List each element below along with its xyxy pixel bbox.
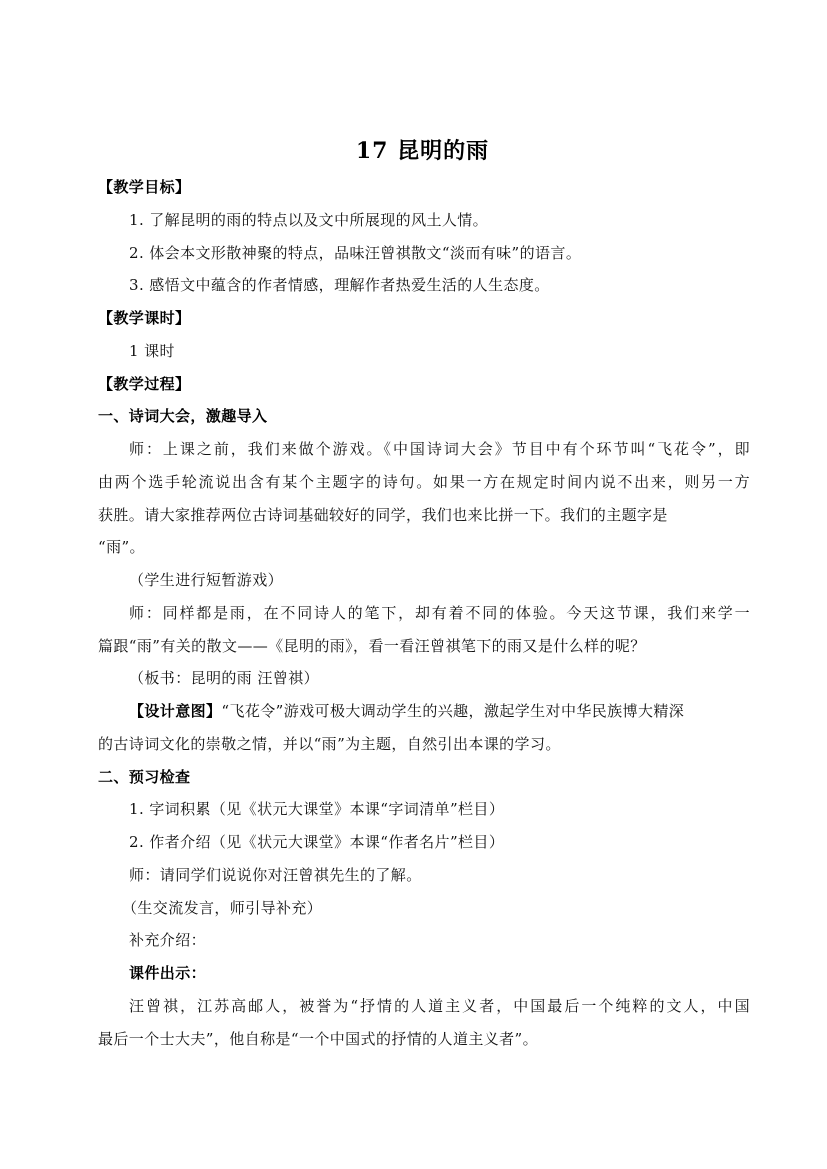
stage-note: （生交流发言，师引导补充） <box>98 892 750 925</box>
part1-heading: 一、诗词大会，激趣导入 <box>98 400 750 433</box>
paragraph-line: 师：同样都是雨，在不同诗人的笔下，却有着不同的体验。今天这节课，我们来学一 <box>98 597 750 630</box>
preview-item: 2. 作者介绍（见《状元大课堂》本课“作者名片”栏目） <box>98 826 750 859</box>
paragraph-line: 师：上课之前，我们来做个游戏。《中国诗词大会》节目中有个环节叫“飞花令”，即 <box>98 433 750 466</box>
courseware-label: 课件出示： <box>98 957 750 990</box>
paragraph-line: 的古诗词文化的崇敬之情，并以“雨”为主题，自然引出本课的学习。 <box>98 728 750 761</box>
objective-item: 1. 了解昆明的雨的特点以及文中所展现的风土人情。 <box>98 204 750 237</box>
lesson-title: 17 昆明的雨 <box>0 134 827 168</box>
paragraph-line: 获胜。请大家推荐两位古诗词基础较好的同学，我们也来比拼一下。我们的主题字是 <box>98 499 750 532</box>
design-intent-line: 【设计意图】“飞花令”游戏可极大调动学生的兴趣，激起学生对中华民族博大精深 <box>98 695 750 728</box>
paragraph-line: 汪曾祺，江苏高邮人，被誉为“抒情的人道主义者，中国最后一个纯粹的文人，中国 <box>98 990 750 1023</box>
design-intent-text: “飞花令”游戏可极大调动学生的兴趣，激起学生对中华民族博大精深 <box>221 702 684 720</box>
stage-note: （学生进行短暂游戏） <box>98 564 750 597</box>
objective-item: 2. 体会本文形散神聚的特点，品味汪曾祺散文“淡而有味”的语言。 <box>98 237 750 270</box>
paragraph-line: “雨”。 <box>98 531 750 564</box>
process-heading: 【教学过程】 <box>98 368 750 401</box>
objectives-heading: 【教学目标】 <box>98 171 750 204</box>
paragraph-line: 篇跟“雨”有关的散文——《昆明的雨》，看一看汪曾祺笔下的雨又是什么样的呢？ <box>98 630 750 663</box>
design-intent-label: 【设计意图】 <box>129 702 221 720</box>
duration-heading: 【教学课时】 <box>98 302 750 335</box>
supplement-label: 补充介绍： <box>98 924 750 957</box>
teacher-line: 师：请同学们说说你对汪曾祺先生的了解。 <box>98 859 750 892</box>
objective-item: 3. 感悟文中蕴含的作者情感，理解作者热爱生活的人生态度。 <box>98 269 750 302</box>
paragraph-line: 最后一个士大夫”，他自称是“一个中国式的抒情的人道主义者”。 <box>98 1023 750 1056</box>
document-body: 【教学目标】 1. 了解昆明的雨的特点以及文中所展现的风土人情。 2. 体会本文… <box>98 171 750 1055</box>
part2-heading: 二、预习检查 <box>98 761 750 794</box>
duration-value: 1 课时 <box>98 335 750 368</box>
document-page: 17 昆明的雨 【教学目标】 1. 了解昆明的雨的特点以及文中所展现的风土人情。… <box>0 0 827 1169</box>
preview-item: 1. 字词积累（见《状元大课堂》本课“字词清单”栏目） <box>98 793 750 826</box>
paragraph-line: 由两个选手轮流说出含有某个主题字的诗句。如果一方在规定时间内说不出来，则另一方 <box>98 466 750 499</box>
blackboard-note: （板书：昆明的雨 汪曾祺） <box>98 662 750 695</box>
